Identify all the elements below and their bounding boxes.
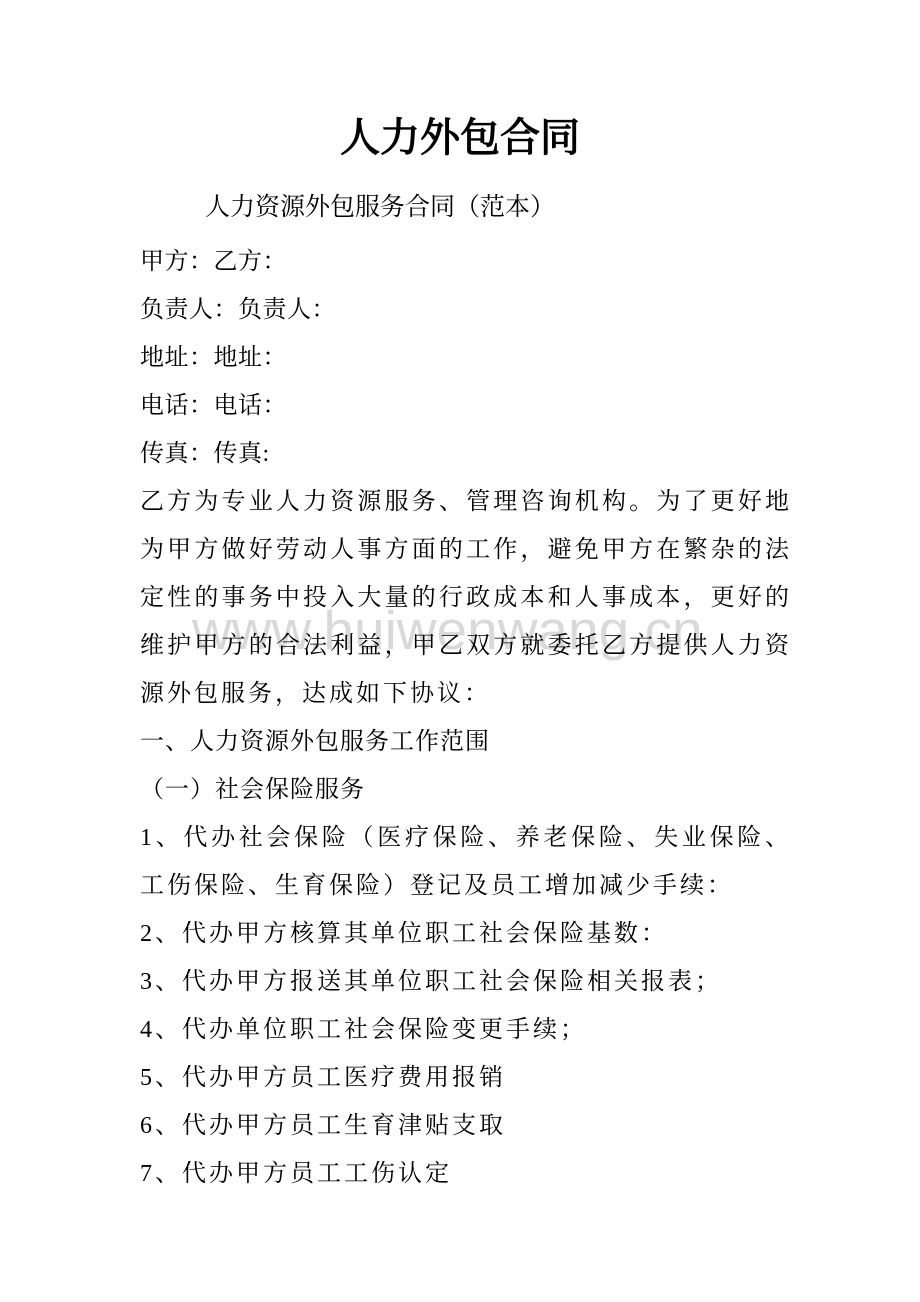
document-title: 人力外包合同 — [0, 116, 920, 160]
party-line-responsible-person: 负责人：负责人： — [140, 286, 792, 334]
service-item-7: 7、代办甲方员工工伤认定 — [140, 1150, 792, 1198]
party-line-phone: 电话：电话： — [140, 382, 792, 430]
service-item-1: 1、代办社会保险（医疗保险、养老保险、失业保险、工伤保险、生育保险）登记及员工增… — [140, 814, 792, 910]
service-item-6: 6、代办甲方员工生育津贴支取 — [140, 1102, 792, 1150]
preamble-paragraph: 乙方为专业人力资源服务、管理咨询机构。为了更好地为甲方做好劳动人事方面的工作，避… — [140, 478, 792, 718]
service-item-4: 4、代办单位职工社会保险变更手续； — [140, 1006, 792, 1054]
section-heading-scope: 一、人力资源外包服务工作范围 — [140, 718, 792, 766]
document-body: 甲方：乙方： 负责人：负责人： 地址：地址： 电话：电话： 传真：传真: 乙方为… — [140, 238, 792, 1198]
service-item-2: 2、代办甲方核算其单位职工社会保险基数： — [140, 910, 792, 958]
service-item-3: 3、代办甲方报送其单位职工社会保险相关报表； — [140, 958, 792, 1006]
section-heading-social-insurance: （一）社会保险服务 — [140, 766, 792, 814]
party-line-fax: 传真：传真: — [140, 430, 792, 478]
party-line-parties: 甲方：乙方： — [140, 238, 792, 286]
service-item-5: 5、代办甲方员工医疗费用报销 — [140, 1054, 792, 1102]
document-page: www.huiwenwang.cn 人力外包合同 人力资源外包服务合同（范本） … — [0, 0, 920, 1302]
document-subtitle: 人力资源外包服务合同（范本） — [205, 190, 555, 226]
party-line-address: 地址：地址： — [140, 334, 792, 382]
